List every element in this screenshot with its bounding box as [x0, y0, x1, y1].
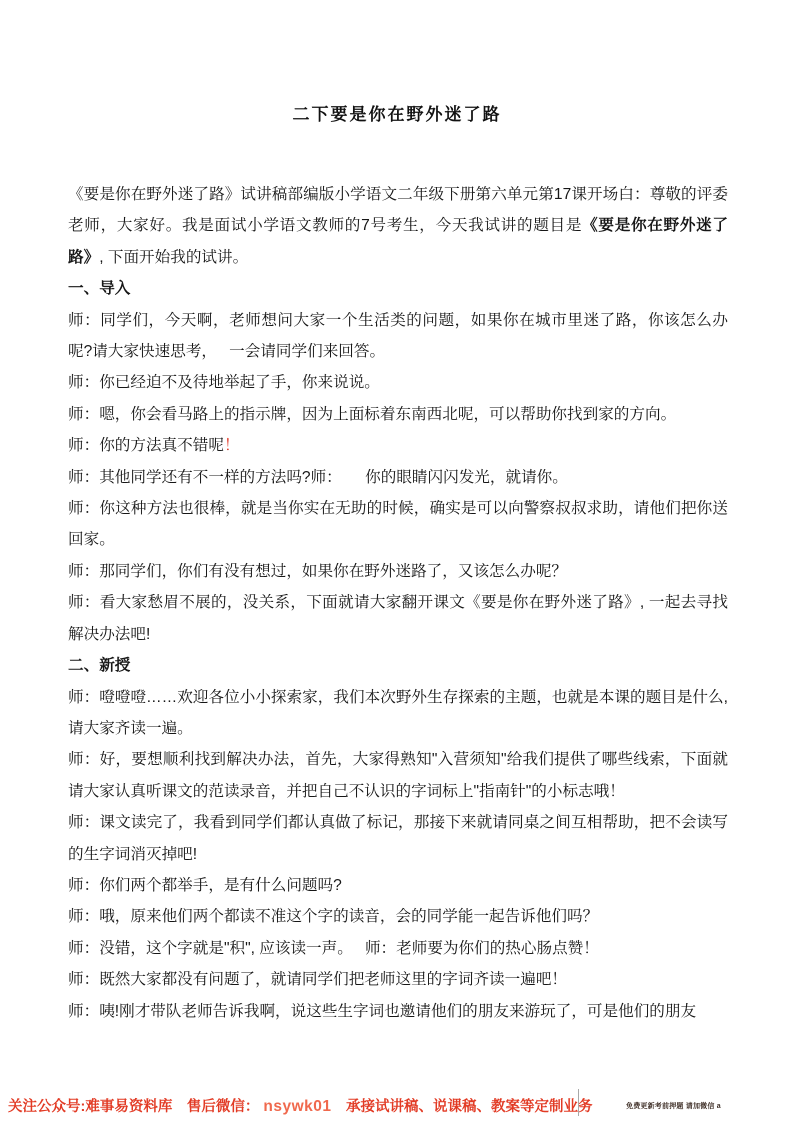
- text-run: 二、新授: [68, 657, 130, 674]
- document-title: 二下要是你在野外迷了路: [0, 0, 794, 128]
- text-run: 师：其他同学还有不一样的方法吗?师： 你的眼睛闪闪发光，就请你。: [68, 469, 568, 486]
- text-run: , 下面开始我的试讲。: [99, 249, 248, 266]
- section-heading: 一、导入: [68, 273, 728, 304]
- paragraph: 师：咦!刚才带队老师告诉我啊，说这些生字词也邀请他们的朋友来游玩了，可是他们的朋…: [68, 996, 728, 1027]
- footer-divider: [578, 1089, 579, 1116]
- page: { "colors": { "body_text": "#161616", "h…: [0, 0, 794, 1122]
- document-body: 《要是你在野外迷了路》试讲稿部编版小学语文二年级下册第六单元第17课开场白：尊敬…: [68, 179, 728, 1027]
- section-heading: 二、新授: [68, 650, 728, 681]
- document-page: 二下要是你在野外迷了路 《要是你在野外迷了路》试讲稿部编版小学语文二年级下册第六…: [0, 0, 794, 1122]
- text-run: 师：没错，这个字就是"积", 应该读一声。 师：老师要为你们的热心肠点赞！: [68, 940, 599, 957]
- footer-wechat-id: nsywk01: [263, 1098, 331, 1115]
- paragraph: 师：你们两个都举手，是有什么问题吗?: [68, 870, 728, 901]
- paragraph: 师：没错，这个字就是"积", 应该读一声。 师：老师要为你们的热心肠点赞！: [68, 933, 728, 964]
- paragraph: 师：课文读完了，我看到同学们都认真做了标记，那接下来就请同桌之间互相帮助，把不会…: [68, 807, 728, 870]
- text-run: 师：同学们，今天啊，老师想问大家一个生活类的问题，如果你在城市里迷了路，你该怎么…: [68, 312, 728, 360]
- paragraph: 师：好，要想顺利找到解决办法，首先，大家得熟知"入营须知"给我们提供了哪些线索，…: [68, 744, 728, 807]
- text-run: 师：你已经迫不及待地举起了手，你来说说。: [68, 374, 380, 391]
- text-run: 师：你这种方法也很棒，就是当你实在无助的时候，确实是可以向警察叔叔求助，请他们把…: [68, 500, 728, 548]
- paragraph: 师：你的方法真不错呢！: [68, 430, 728, 461]
- paragraph: 师：哦，原来他们两个都读不准这个字的读音，会的同学能一起告诉他们吗？: [68, 901, 728, 932]
- page-footer: 关注公众号:难事易资料库 售后微信： nsywk01 承接试讲稿、说课稿、教案等…: [0, 1082, 794, 1122]
- text-run: 师：你们两个都举手，是有什么问题吗?: [68, 877, 342, 894]
- text-run: 师：哦，原来他们两个都读不准这个字的读音，会的同学能一起告诉他们吗？: [68, 908, 598, 925]
- paragraph: 师：那同学们，你们有没有想过，如果你在野外迷路了，又该怎么办呢？: [68, 556, 728, 587]
- paragraph: 师：其他同学还有不一样的方法吗?师： 你的眼睛闪闪发光，就请你。: [68, 462, 728, 493]
- footer-note: 免费更新考前押题 请加微信 a: [626, 1101, 721, 1111]
- text-run: 师：既然大家都没有问题了，就请同学们把老师这里的字词齐读一遍吧！: [68, 971, 567, 988]
- text-run: 师：课文读完了，我看到同学们都认真做了标记，那接下来就请同桌之间互相帮助，把不会…: [68, 814, 728, 862]
- text-run: 一、导入: [68, 280, 130, 297]
- paragraph: 《要是你在野外迷了路》试讲稿部编版小学语文二年级下册第六单元第17课开场白：尊敬…: [68, 179, 728, 273]
- text-run: 师：嗯，你会看马路上的指示牌，因为上面标着东南西北呢，可以帮助你找到家的方向。: [68, 406, 676, 423]
- text-run: 师：咦!刚才带队老师告诉我啊，说这些生字词也邀请他们的朋友来游玩了，可是他们的朋…: [68, 1003, 696, 1020]
- paragraph: 师：看大家愁眉不展的，没关系，下面就请大家翻开课文《要是你在野外迷了路》, 一起…: [68, 587, 728, 650]
- text-run: 师：好，要想顺利找到解决办法，首先，大家得熟知"入营须知"给我们提供了哪些线索，…: [68, 751, 728, 799]
- paragraph: 师：既然大家都没有问题了，就请同学们把老师这里的字词齐读一遍吧！: [68, 964, 728, 995]
- footer-promo-prefix: 关注公众号:难事易资料库 售后微信：: [8, 1099, 263, 1115]
- paragraph: 师：嗯，你会看马路上的指示牌，因为上面标着东南西北呢，可以帮助你找到家的方向。: [68, 399, 728, 430]
- paragraph: 师：你这种方法也很棒，就是当你实在无助的时候，确实是可以向警察叔叔求助，请他们把…: [68, 493, 728, 556]
- paragraph: 师：同学们，今天啊，老师想问大家一个生活类的问题，如果你在城市里迷了路，你该怎么…: [68, 305, 728, 368]
- paragraph: 师：你已经迫不及待地举起了手，你来说说。: [68, 367, 728, 398]
- text-run: 师：噔噔噔……欢迎各位小小探索家，我们本次野外生存探索的主题，也就是本课的题目是…: [68, 689, 728, 737]
- text-run: ！: [224, 437, 240, 454]
- footer-promo: 关注公众号:难事易资料库 售后微信： nsywk01 承接试讲稿、说课稿、教案等…: [8, 1097, 593, 1117]
- text-run: 师：你的方法真不错呢: [68, 437, 224, 454]
- text-run: 师：看大家愁眉不展的，没关系，下面就请大家翻开课文《要是你在野外迷了路》, 一起…: [68, 594, 728, 642]
- text-run: 师：那同学们，你们有没有想过，如果你在野外迷路了，又该怎么办呢？: [68, 563, 567, 580]
- footer-promo-suffix: 承接试讲稿、说课稿、教案等定制业务: [332, 1099, 593, 1115]
- paragraph: 师：噔噔噔……欢迎各位小小探索家，我们本次野外生存探索的主题，也就是本课的题目是…: [68, 682, 728, 745]
